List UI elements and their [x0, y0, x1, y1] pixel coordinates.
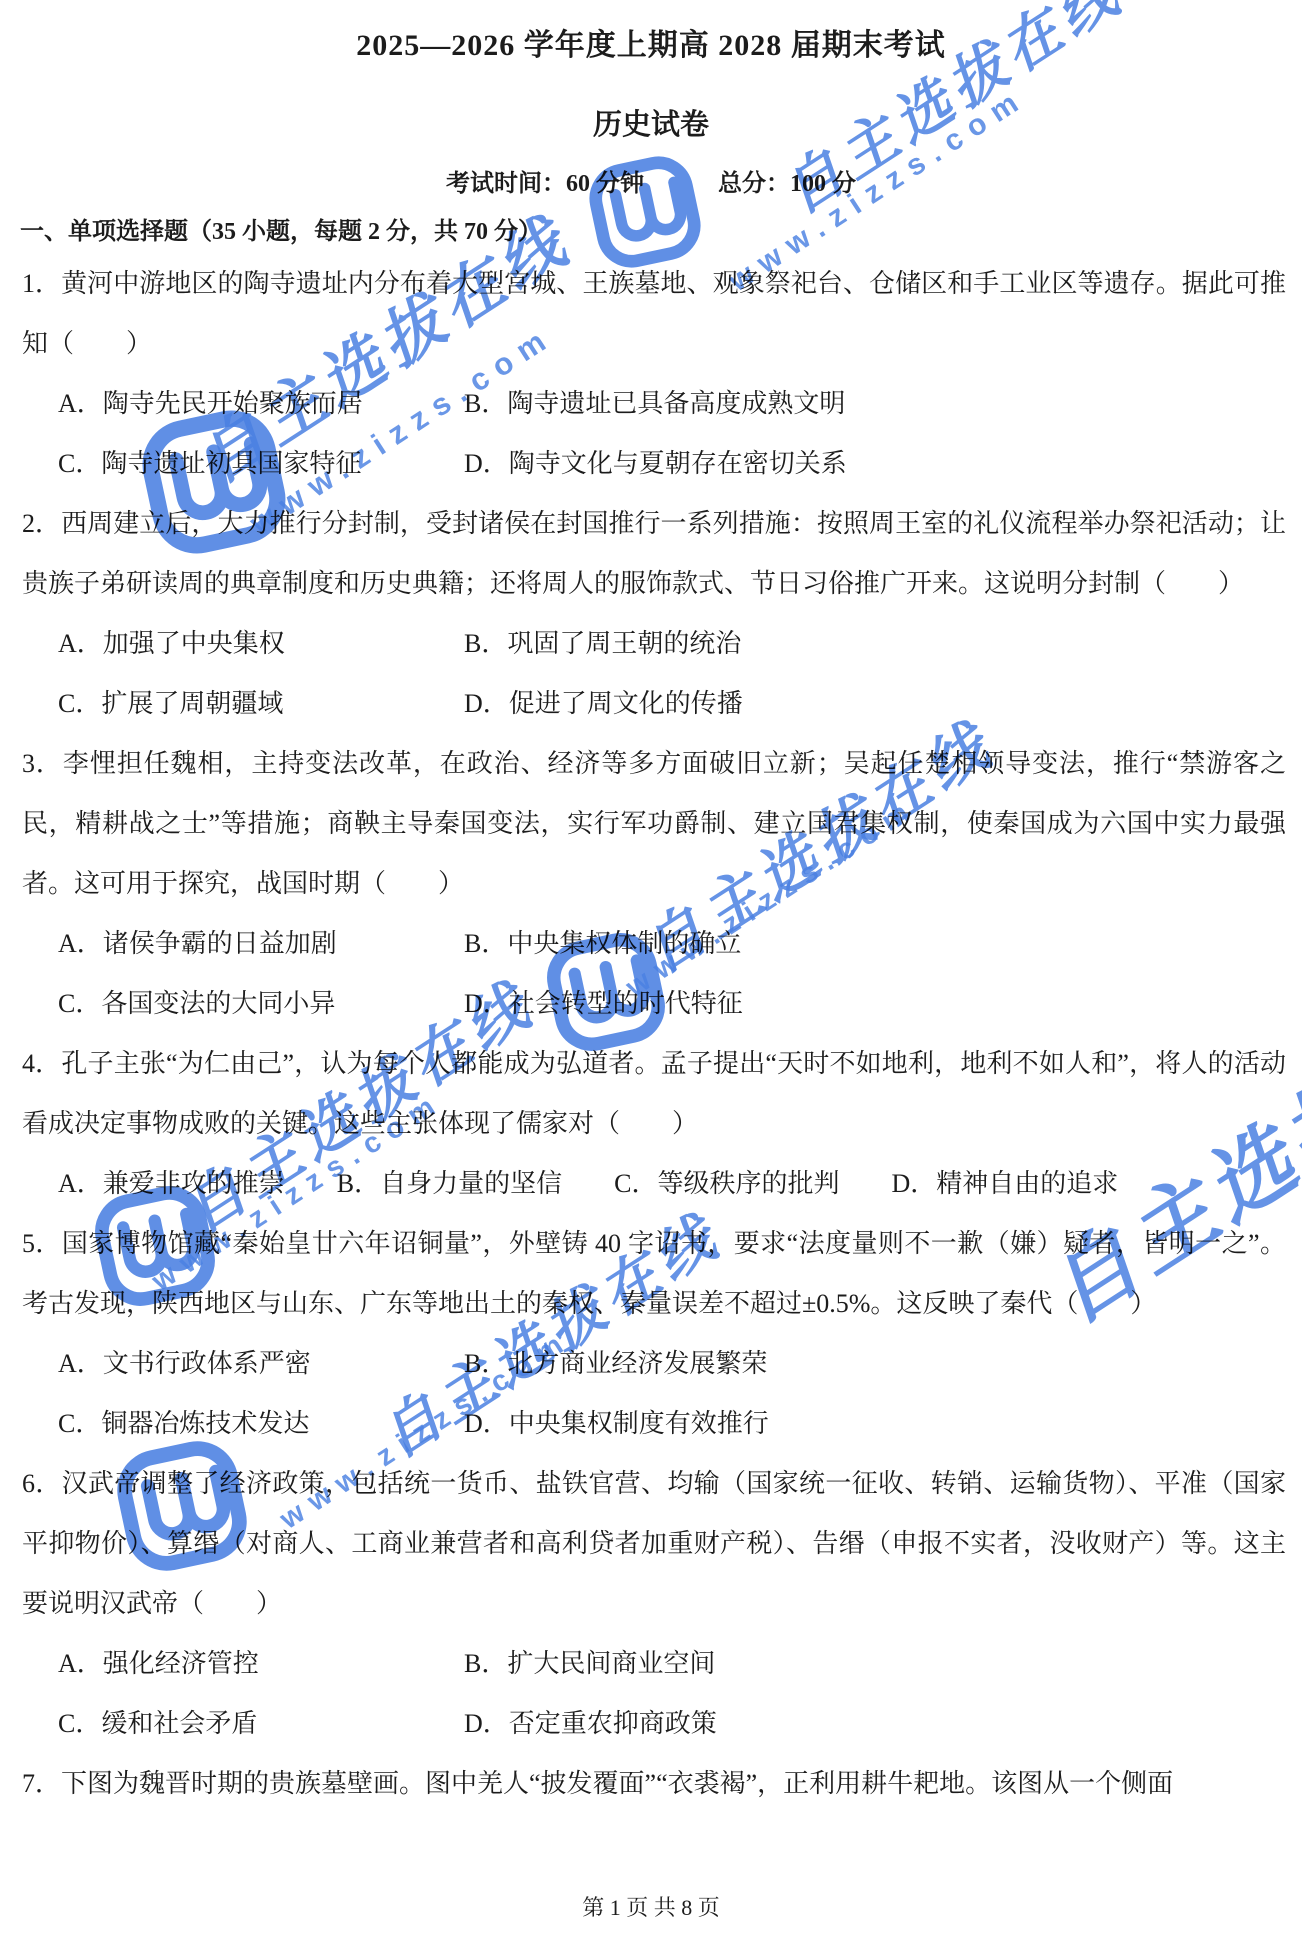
answer-option: A．诸侯争霸的日益加剧	[58, 914, 464, 974]
answer-option: A．文书行政体系严密	[58, 1334, 464, 1394]
options-row: A．陶寺先民开始聚族而居B．陶寺遗址已具备高度成熟文明	[58, 374, 1286, 434]
options-row: C．铜器冶炼技术发达D．中央集权制度有效推行	[58, 1394, 1286, 1454]
page-footer: 第 1 页 共 8 页	[0, 1894, 1302, 1922]
options-row: A．文书行政体系严密B．北方商业经济发展繁荣	[58, 1334, 1286, 1394]
answer-option: B．北方商业经济发展繁荣	[464, 1334, 1286, 1394]
options-row: C．扩展了周朝疆域D．促进了周文化的传播	[58, 674, 1286, 734]
options-row: A．兼爱非攻的推崇B．自身力量的坚信C．等级秩序的批判D．精神自由的追求	[58, 1154, 1286, 1214]
answer-option: C．等级秩序的批判	[614, 1154, 839, 1214]
question-3: 3．李悝担任魏相，主持变法改革，在政治、经济等多方面破旧立新；吴起任楚相领导变法…	[22, 734, 1286, 1034]
answer-option: D．陶寺文化与夏朝存在密切关系	[464, 434, 1286, 494]
answer-option: B．中央集权体制的确立	[464, 914, 1286, 974]
question-stem: 4．孔子主张“为仁由己”，认为每个人都能成为弘道者。孟子提出“天时不如地利，地利…	[22, 1034, 1286, 1154]
answer-option: C．缓和社会矛盾	[58, 1694, 464, 1754]
options-row: A．诸侯争霸的日益加剧B．中央集权体制的确立	[58, 914, 1286, 974]
question-6: 6．汉武帝调整了经济政策，包括统一货币、盐铁官营、均输（国家统一征收、转销、运输…	[22, 1454, 1286, 1754]
question-7: 7．下图为魏晋时期的贵族墓壁画。图中羌人“披发覆面”“衣裘褐”，正利用耕牛耙地。…	[22, 1754, 1286, 1814]
answer-option: A．加强了中央集权	[58, 614, 464, 674]
options-row: C．陶寺遗址初具国家特征D．陶寺文化与夏朝存在密切关系	[58, 434, 1286, 494]
answer-option: D．否定重农抑商政策	[464, 1694, 1286, 1754]
answer-option: C．各国变法的大同小异	[58, 974, 464, 1034]
answer-option: B．陶寺遗址已具备高度成熟文明	[464, 374, 1286, 434]
options-row: A．强化经济管控B．扩大民间商业空间	[58, 1634, 1286, 1694]
answer-option: D．中央集权制度有效推行	[464, 1394, 1286, 1454]
question-stem: 6．汉武帝调整了经济政策，包括统一货币、盐铁官营、均输（国家统一征收、转销、运输…	[22, 1454, 1286, 1634]
exam-paper-page: 2025—2026 学年度上期高 2028 届期末考试 历史试卷 考试时间：60…	[0, 0, 1302, 1946]
exam-title: 2025—2026 学年度上期高 2028 届期末考试	[30, 26, 1272, 66]
options-row: C．缓和社会矛盾D．否定重农抑商政策	[58, 1694, 1286, 1754]
question-stem: 7．下图为魏晋时期的贵族墓壁画。图中羌人“披发覆面”“衣裘褐”，正利用耕牛耙地。…	[22, 1754, 1286, 1814]
question-stem: 5．国家博物馆藏“秦始皇廿六年诏铜量”，外壁铸 40 字诏书，要求“法度量则不一…	[22, 1214, 1286, 1334]
question-stem: 2．西周建立后，大力推行分封制，受封诸侯在封国推行一系列措施：按照周王室的礼仪流…	[22, 494, 1286, 614]
question-4: 4．孔子主张“为仁由己”，认为每个人都能成为弘道者。孟子提出“天时不如地利，地利…	[22, 1034, 1286, 1214]
answer-option: B．自身力量的坚信	[337, 1154, 562, 1214]
options-row: C．各国变法的大同小异D．社会转型的时代特征	[58, 974, 1286, 1034]
question-stem: 1．黄河中游地区的陶寺遗址内分布着大型宫城、王族墓地、观象祭祀台、仓储区和手工业…	[22, 254, 1286, 374]
answer-option: D．精神自由的追求	[891, 1154, 1118, 1214]
section-heading: 一、单项选择题（35 小题，每题 2 分，共 70 分）	[20, 214, 1302, 250]
answer-option: C．铜器冶炼技术发达	[58, 1394, 464, 1454]
answer-option: A．强化经济管控	[58, 1634, 464, 1694]
answer-option: B．扩大民间商业空间	[464, 1634, 1286, 1694]
answer-option: C．陶寺遗址初具国家特征	[58, 434, 464, 494]
question-1: 1．黄河中游地区的陶寺遗址内分布着大型宫城、王族墓地、观象祭祀台、仓储区和手工业…	[22, 254, 1286, 494]
exam-subject-title: 历史试卷	[0, 106, 1302, 144]
answer-option: A．兼爱非攻的推崇	[58, 1154, 285, 1214]
question-stem: 3．李悝担任魏相，主持变法改革，在政治、经济等多方面破旧立新；吴起任楚相领导变法…	[22, 734, 1286, 914]
exam-time-label: 考试时间：60 分钟	[446, 168, 644, 200]
exam-info-line: 考试时间：60 分钟 总分：100 分	[0, 168, 1302, 200]
questions: 1．黄河中游地区的陶寺遗址内分布着大型宫城、王族墓地、观象祭祀台、仓储区和手工业…	[22, 254, 1286, 1814]
answer-option: C．扩展了周朝疆域	[58, 674, 464, 734]
answer-option: D．社会转型的时代特征	[464, 974, 1286, 1034]
answer-option: A．陶寺先民开始聚族而居	[58, 374, 464, 434]
exam-score-label: 总分：100 分	[718, 168, 856, 200]
question-2: 2．西周建立后，大力推行分封制，受封诸侯在封国推行一系列措施：按照周王室的礼仪流…	[22, 494, 1286, 734]
exam-content: 2025—2026 学年度上期高 2028 届期末考试 历史试卷 考试时间：60…	[0, 26, 1302, 1814]
answer-option: D．促进了周文化的传播	[464, 674, 1286, 734]
question-5: 5．国家博物馆藏“秦始皇廿六年诏铜量”，外壁铸 40 字诏书，要求“法度量则不一…	[22, 1214, 1286, 1454]
options-row: A．加强了中央集权B．巩固了周王朝的统治	[58, 614, 1286, 674]
answer-option: B．巩固了周王朝的统治	[464, 614, 1286, 674]
